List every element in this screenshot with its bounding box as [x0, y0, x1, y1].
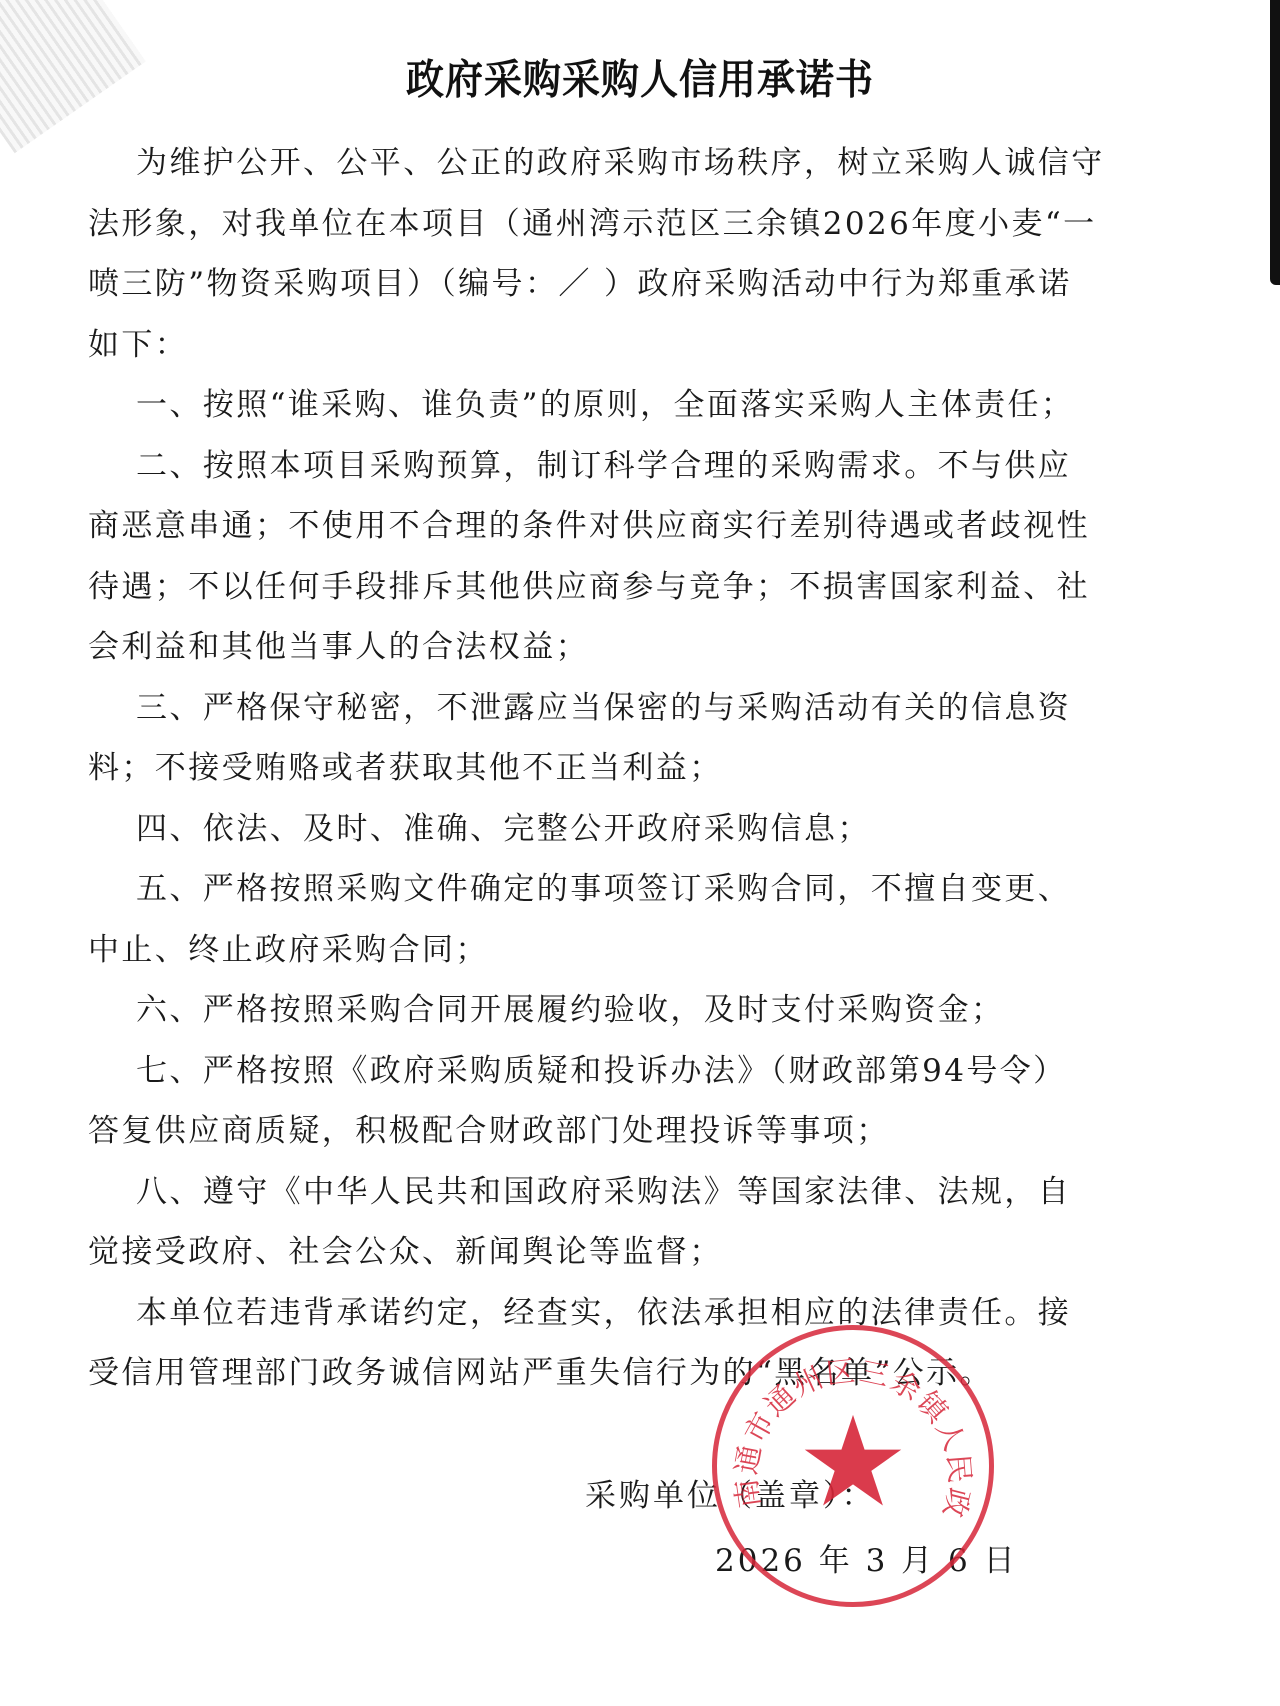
body-line: 六、严格按照采购合同开展履约验收，及时支付采购资金；	[88, 980, 1088, 1041]
body-line: 如下：	[88, 315, 1088, 376]
body-line: 觉接受政府、社会公众、新闻舆论等监督；	[88, 1222, 1088, 1283]
body-line: 商恶意串通；不使用不合理的条件对供应商实行差别待遇或者歧视性	[88, 496, 1088, 557]
body-line: 本单位若违背承诺约定，经查实，依法承担相应的法律责任。接	[88, 1283, 1088, 1344]
body-line: 七、严格按照《政府采购质疑和投诉办法》（财政部第94号令）	[88, 1041, 1088, 1102]
body-line: 待遇；不以任何手段排斥其他供应商参与竞争；不损害国家利益、社	[88, 557, 1088, 618]
body-line: 料；不接受贿赂或者获取其他不正当利益；	[88, 738, 1088, 799]
document-title: 政府采购采购人信用承诺书	[0, 46, 1280, 105]
body-line: 答复供应商质疑，积极配合财政部门处理投诉等事项；	[88, 1101, 1088, 1162]
body-line: 中止、终止政府采购合同；	[88, 920, 1088, 981]
body-line: 法形象，对我单位在本项目（通州湾示范区三余镇2026年度小麦“一	[88, 194, 1088, 255]
body-line: 会利益和其他当事人的合法权益；	[88, 617, 1088, 678]
body-line: 喷三防”物资采购项目）（编号：／ ）政府采购活动中行为郑重承诺	[88, 254, 1088, 315]
body-line: 为维护公开、公平、公正的政府采购市场秩序，树立采购人诚信守	[88, 133, 1088, 194]
document-body: 为维护公开、公平、公正的政府采购市场秩序，树立采购人诚信守法形象，对我单位在本项…	[88, 133, 1088, 1404]
body-line: 一、按照“谁采购、谁负责”的原则，全面落实采购人主体责任；	[88, 375, 1088, 436]
body-line: 三、严格保守秘密，不泄露应当保密的与采购活动有关的信息资	[88, 678, 1088, 739]
scan-edge	[1270, 0, 1280, 285]
body-line: 八、遵守《中华人民共和国政府采购法》等国家法律、法规，自	[88, 1162, 1088, 1223]
signature-date: 2026 年 3 月 6 日	[715, 1535, 1018, 1580]
signature-label: 采购单位（盖章）：	[585, 1470, 876, 1515]
body-line: 四、依法、及时、准确、完整公开政府采购信息；	[88, 799, 1088, 860]
document-page: 政府采购采购人信用承诺书 为维护公开、公平、公正的政府采购市场秩序，树立采购人诚…	[0, 0, 1280, 1706]
body-line: 五、严格按照采购文件确定的事项签订采购合同，不擅自变更、	[88, 859, 1088, 920]
body-line: 二、按照本项目采购预算，制订科学合理的采购需求。不与供应	[88, 436, 1088, 497]
body-line: 受信用管理部门政务诚信网站严重失信行为的“黑名单”公示。	[88, 1343, 1088, 1404]
